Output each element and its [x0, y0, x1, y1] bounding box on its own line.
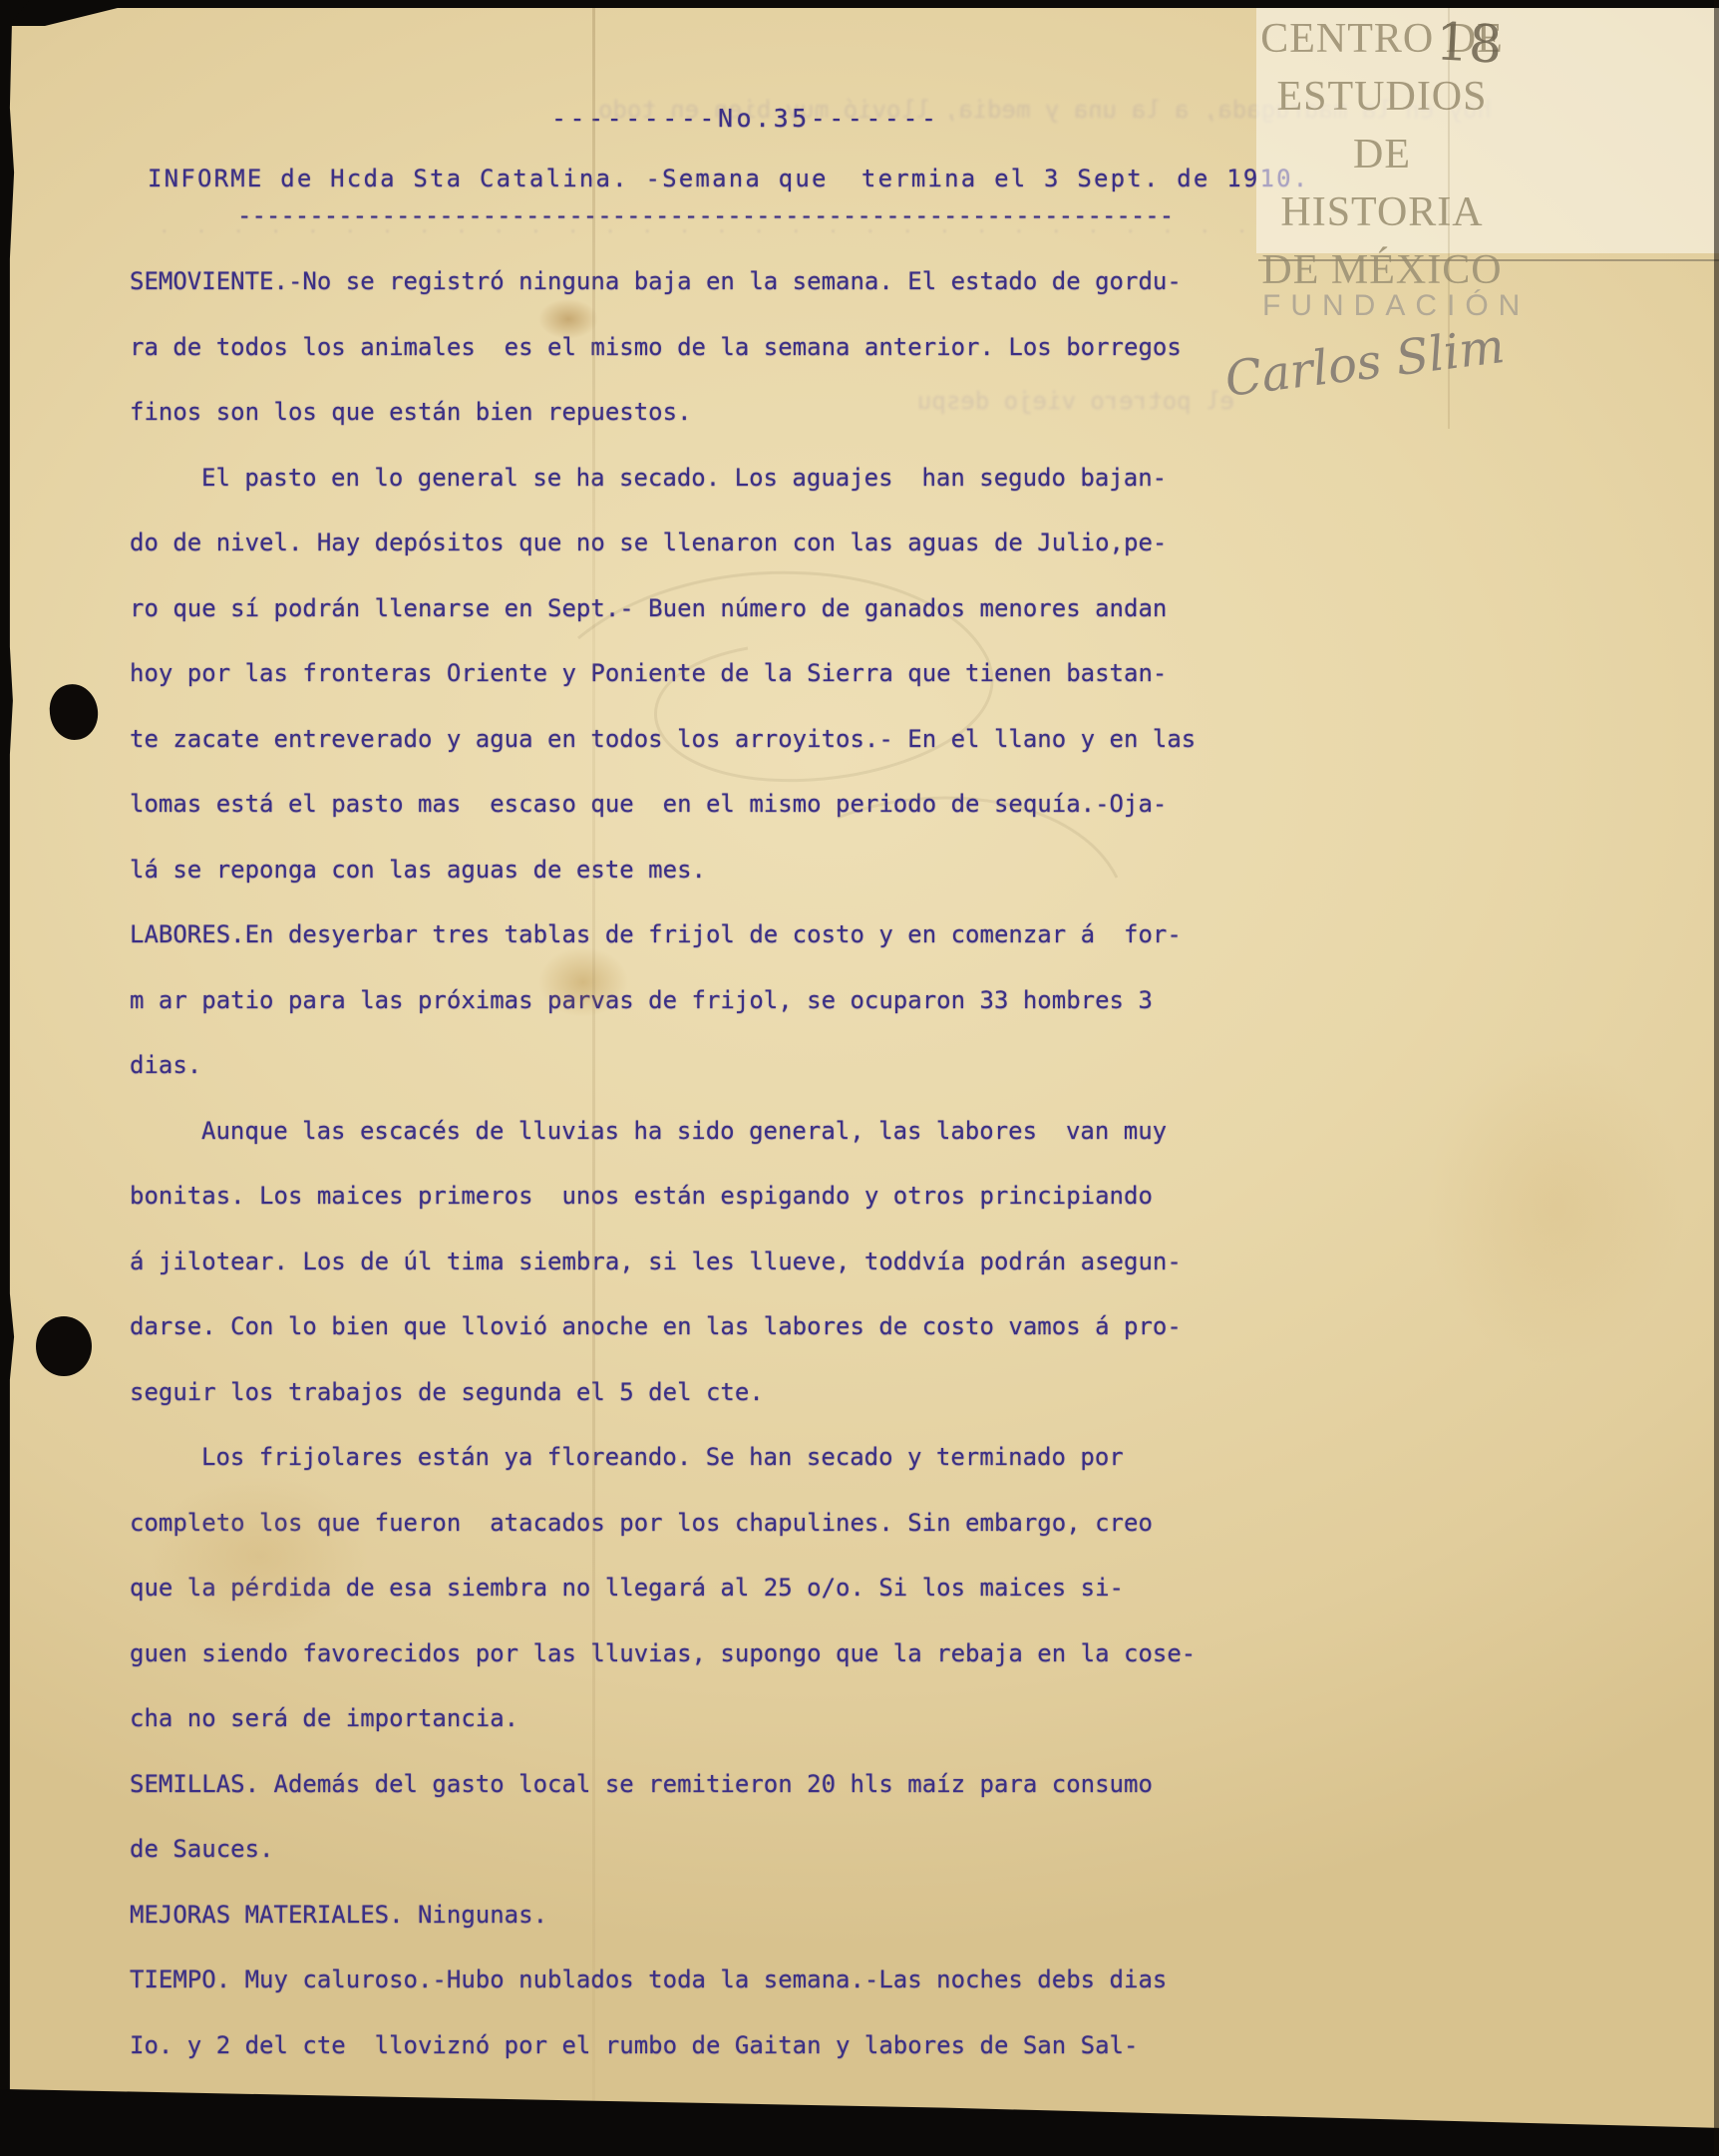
report-title: INFORME de Hcda Sta Catalina. -Semana qu… — [148, 165, 1309, 192]
watermark-divider-line — [1258, 259, 1719, 261]
text-line: darse. Con lo bien que llovió anoche en … — [130, 1294, 1406, 1360]
text-line: SEMOVIENTE.-No se registró ninguna baja … — [130, 249, 1406, 315]
scan-edge-top — [0, 0, 1719, 8]
text-line: lomas está el pasto mas escaso que en el… — [130, 772, 1406, 838]
text-line: ro que sí podrán llenarse en Sept.- Buen… — [130, 576, 1406, 642]
text-line: te zacate entreverado y agua en todos lo… — [130, 707, 1406, 773]
text-line: cha no será de importancia. — [130, 1686, 1406, 1752]
text-line: bonitas. Los maices primeros unos están … — [130, 1164, 1406, 1230]
text-line: Aunque las escacés de lluvias ha sido ge… — [130, 1099, 1406, 1165]
scan-edge-right — [1714, 0, 1719, 2156]
text-line: hoy por las fronteras Oriente y Poniente… — [130, 641, 1406, 707]
report-body: SEMOVIENTE.-No se registró ninguna baja … — [130, 249, 1406, 2078]
text-line: completo los que fueron atacados por los… — [130, 1491, 1406, 1557]
scanned-document-page: hoy en la madrugada, a la una y media, l… — [0, 0, 1719, 2156]
vertical-fold-crease — [592, 0, 595, 2156]
text-line: que la pérdida de esa siembra no llegará… — [130, 1556, 1406, 1621]
text-line: MEJORAS MATERIALES. Ningunas. — [130, 1883, 1406, 1949]
paper-stain — [1426, 1047, 1685, 1366]
vertical-fold-crease — [1448, 0, 1450, 429]
scan-edge-bottom — [0, 2078, 1719, 2156]
report-number-heading: ---------No.35------- — [551, 104, 940, 133]
text-line: á jilotear. Los de úl tima siembra, si l… — [130, 1230, 1406, 1295]
text-line: m ar patio para las próximas parvas de f… — [130, 968, 1406, 1034]
text-line: ra de todos los animales es el mismo de … — [130, 315, 1406, 381]
handwritten-page-number: 18 — [1434, 12, 1503, 75]
text-line: dias. — [130, 1033, 1406, 1099]
text-line: Io. y 2 del cte lloviznó por el rumbo de… — [130, 2013, 1406, 2079]
foundation-watermark: FUNDACIÓN — [1262, 289, 1530, 323]
scan-edge-left — [0, 0, 30, 2156]
text-line: do de nivel. Hay depósitos que no se lle… — [130, 511, 1406, 576]
text-line: SEMILLAS. Además del gasto local se remi… — [130, 1752, 1406, 1818]
text-line: El pasto en lo general se ha secado. Los… — [130, 446, 1406, 512]
punch-hole — [46, 681, 101, 743]
text-line: TIEMPO. Muy caluroso.-Hubo nublados toda… — [130, 1948, 1406, 2013]
text-line: guen siendo favorecidos por las lluvias,… — [130, 1621, 1406, 1687]
watermark-line: DE HISTORIA — [1254, 126, 1510, 241]
watermark-line: ESTUDIOS — [1254, 68, 1510, 126]
text-line: de Sauces. — [130, 1817, 1406, 1883]
text-line: lá se reponga con las aguas de este mes. — [130, 838, 1406, 903]
text-line: Los frijolares están ya floreando. Se ha… — [130, 1425, 1406, 1491]
text-line: finos son los que están bien repuestos. — [130, 380, 1406, 446]
text-line: LABORES.En desyerbar tres tablas de frij… — [130, 902, 1406, 968]
title-dashed-underline: ----------------------------------------… — [237, 201, 1180, 229]
text-line: seguir los trabajos de segunda el 5 del … — [130, 1360, 1406, 1426]
punch-hole — [36, 1316, 92, 1376]
